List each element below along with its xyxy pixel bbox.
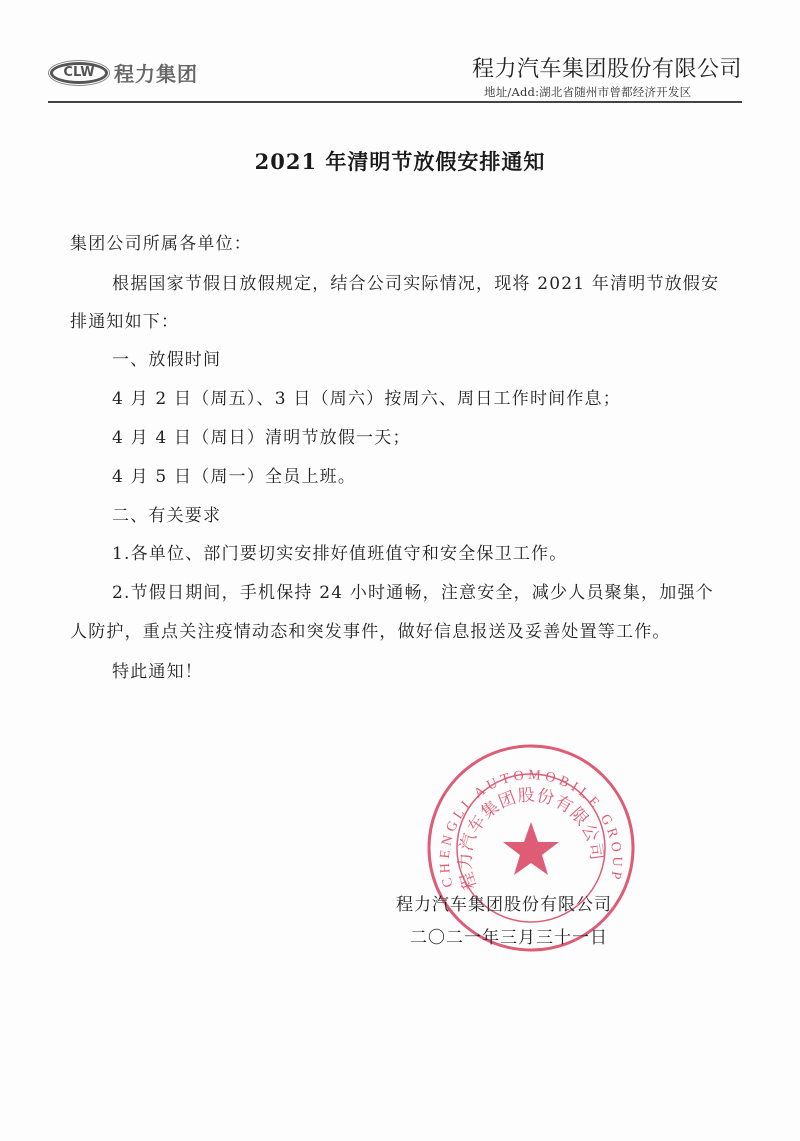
letterhead-company-name: 程力汽车集团股份有限公司 <box>472 52 742 83</box>
header-divider <box>48 101 742 103</box>
letterhead-address: 地址/Add:湖北省随州市曾都经济开发区 <box>484 84 691 100</box>
salutation: 集团公司所属各单位： <box>70 236 252 253</box>
schedule-item: 4 月 5 日（周一）全员上班。 <box>112 469 356 486</box>
logo-mark: CLW <box>50 62 108 84</box>
svg-text:CHENGLI AUTOMOBILE GROUP CO.,: CHENGLI AUTOMOBILE GROUP CO., LTD. <box>425 742 624 892</box>
requirement-item-2-line-2: 人防护，重点关注疫情动态和突发事件，做好信息报送及妥善处置等工作。 <box>70 624 671 641</box>
schedule-item: 4 月 2 日（周五）、3 日（周六）按周六、周日工作时间作息； <box>112 391 621 408</box>
section-2-heading: 二、有关要求 <box>112 508 221 525</box>
requirement-item-1: 1.各单位、部门要切实安排好值班值守和安全保卫工作。 <box>112 546 567 563</box>
schedule-item: 4 月 4 日（周日）清明节放假一天； <box>112 430 411 447</box>
requirement-item-2-line-1: 2.节假日期间，手机保持 24 小时通畅，注意安全，减少人员聚集，加强个 <box>112 585 714 602</box>
company-logo: CLW 程力集团 <box>50 58 198 87</box>
logo-text: 程力集团 <box>114 58 198 87</box>
document-title: 2021 年清明节放假安排通知 <box>0 146 800 176</box>
signature-date: 二〇二一年三月三十一日 <box>410 923 608 948</box>
intro-line-1: 根据国家节假日放假规定，结合公司实际情况，现将 2021 年清明节放假安 <box>112 276 719 293</box>
signature-company: 程力汽车集团股份有限公司 <box>396 890 612 915</box>
closing-remark: 特此通知！ <box>112 664 203 681</box>
intro-line-2: 排通知如下： <box>70 314 179 331</box>
section-1-heading: 一、放假时间 <box>112 352 221 369</box>
